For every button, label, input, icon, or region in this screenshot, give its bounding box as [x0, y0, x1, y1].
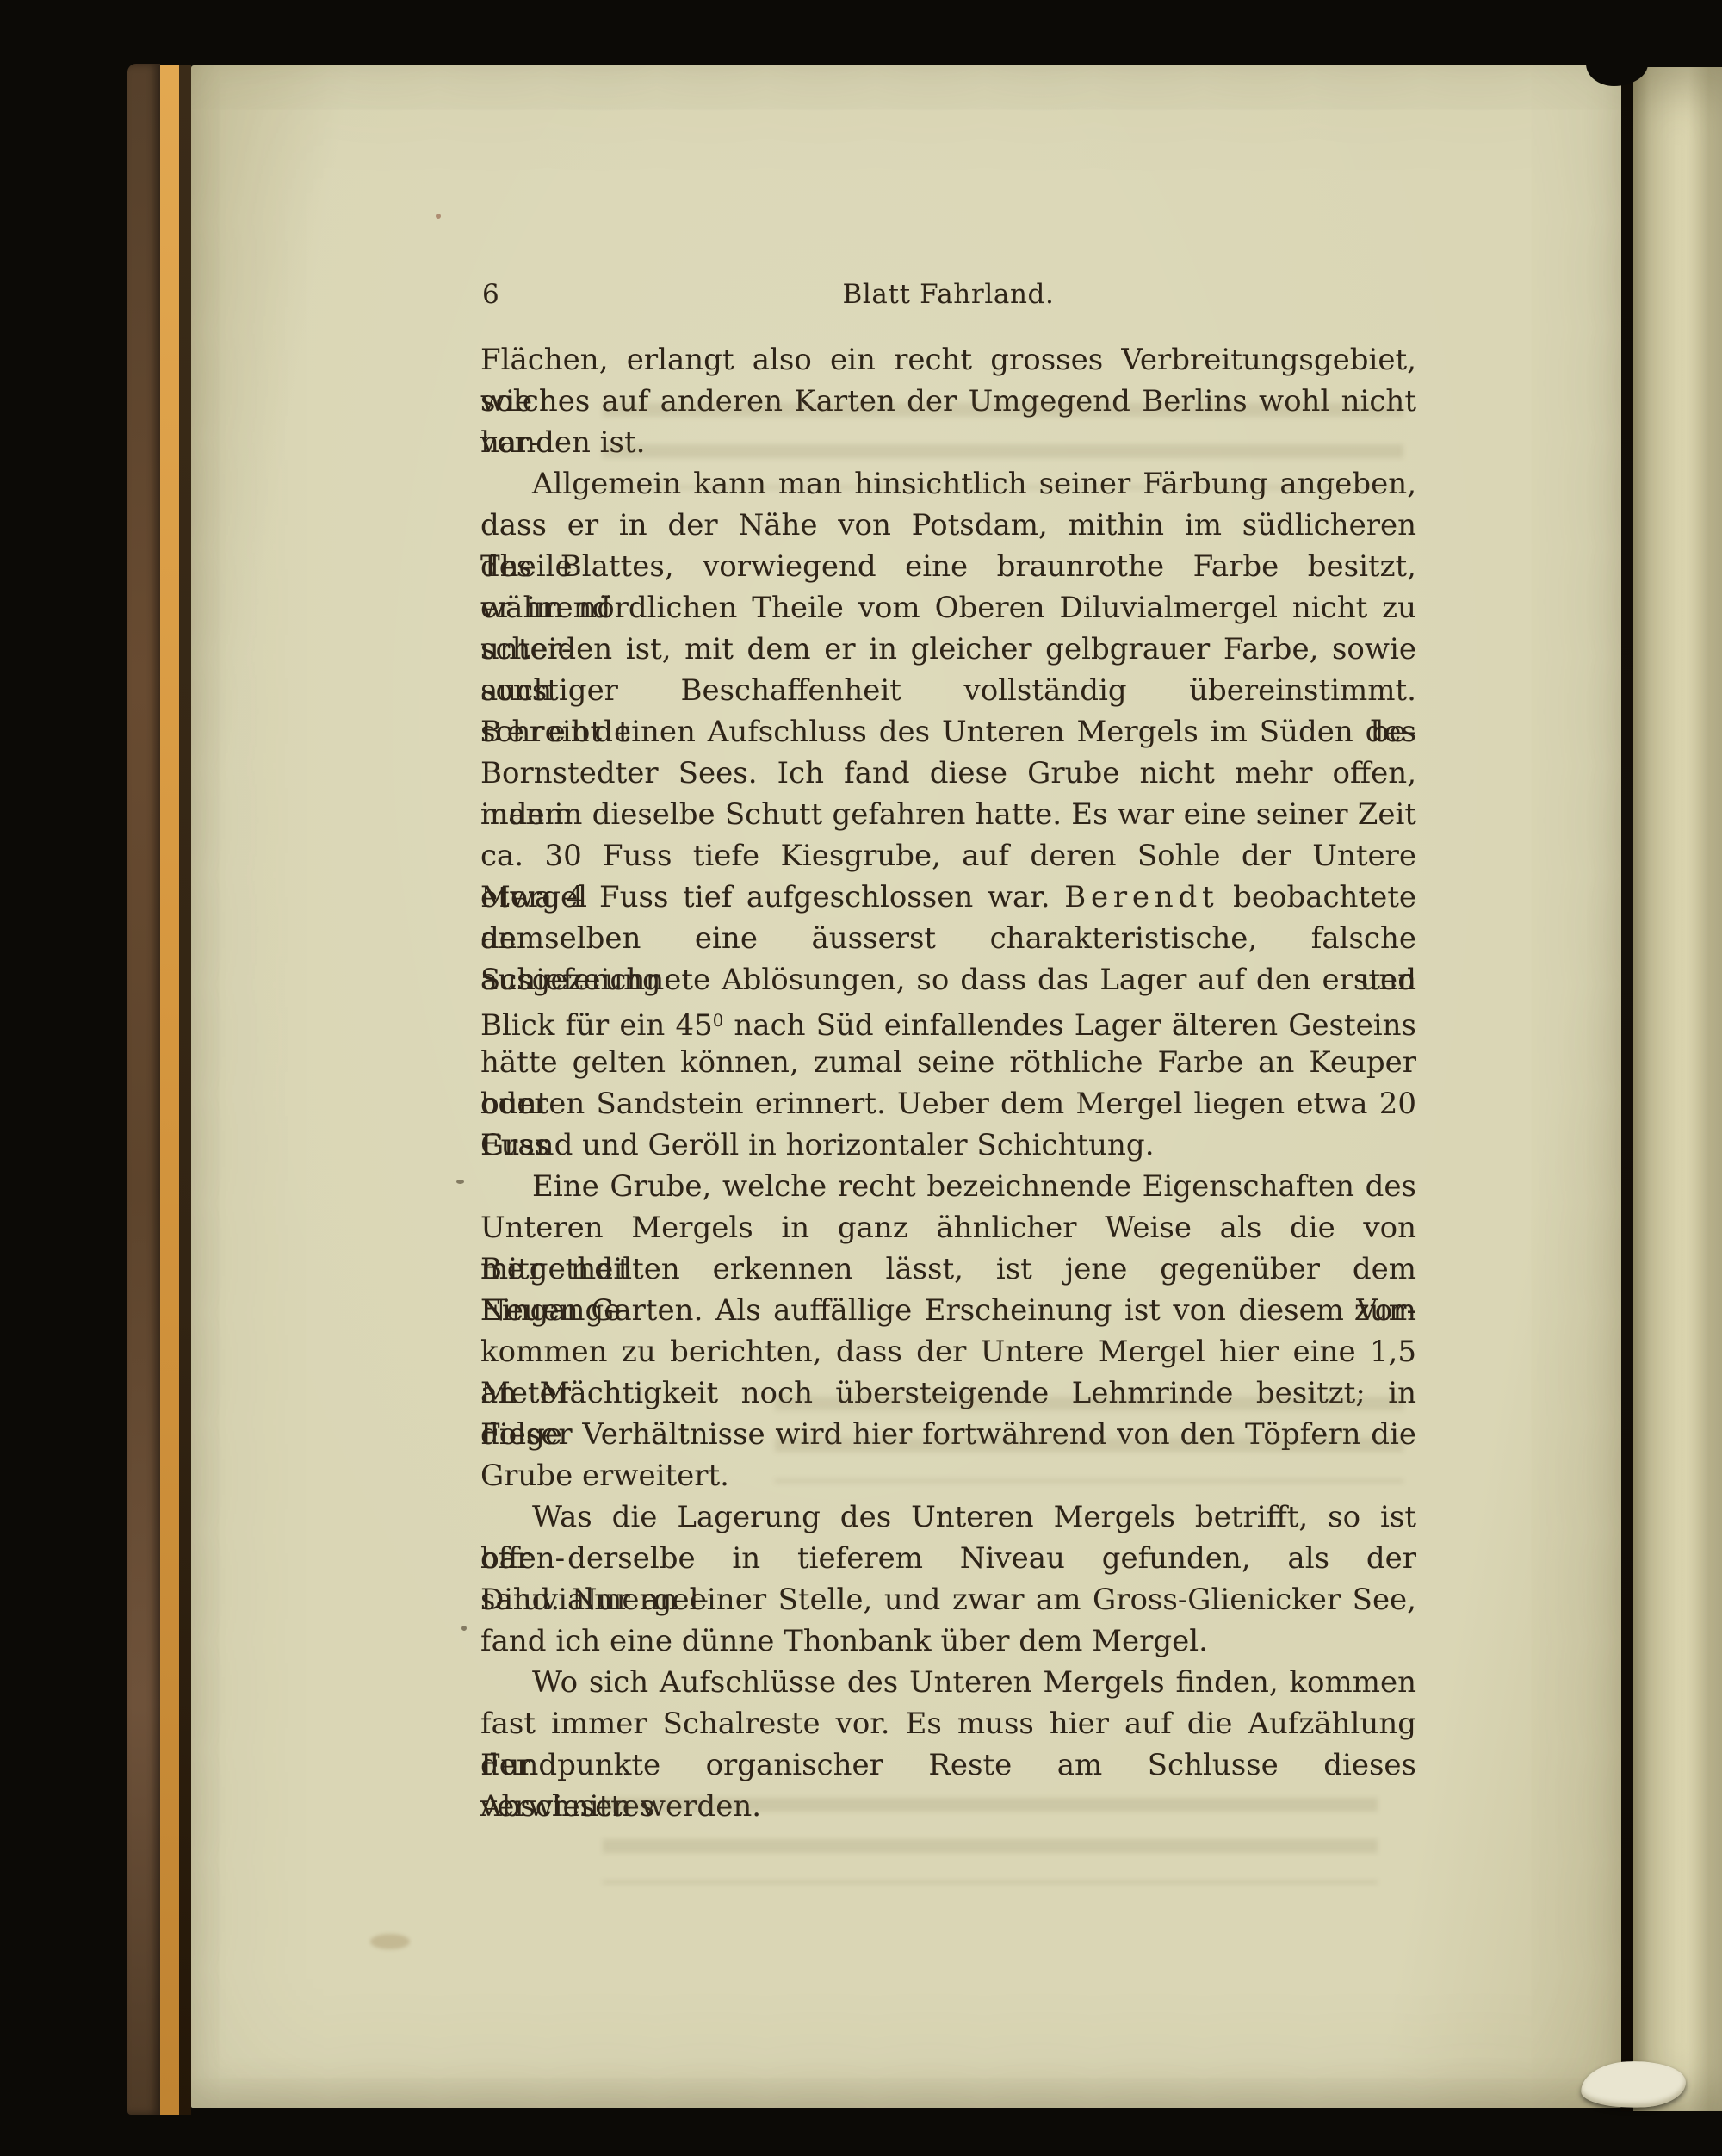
text-line: Bornstedter Sees. Ich fand diese Grube n…: [480, 753, 1416, 794]
text-line: fand ich eine dünne Thonbank über dem Me…: [480, 1620, 1416, 1662]
text-line: sonstiger Beschaffenheit vollständig übe…: [480, 670, 1416, 711]
person-name-spaced: Berendt: [1064, 880, 1218, 914]
text-line: Neuen Garten. Als auffällige Erscheinung…: [480, 1290, 1416, 1331]
page-content: 6 Blatt Fahrland. Flächen, erlangt also …: [480, 277, 1416, 1827]
text-run: Unteren Mergels in ganz ähnlicher Weise …: [480, 1211, 1416, 1245]
text-line: Grand und Geröll in horizontaler Schicht…: [480, 1124, 1416, 1166]
text-run: Blick für ein 45: [480, 1008, 713, 1043]
text-line: bunten Sandstein erinnert. Ueber dem Mer…: [480, 1083, 1416, 1124]
book-spine-gilt-edge: [160, 65, 179, 2115]
text-line: demselben eine äusserst charakteristisch…: [480, 918, 1416, 959]
text-line: fast immer Schalreste vor. Es muss hier …: [480, 1703, 1416, 1744]
text-line: ca. 30 Fuss tiefe Kiesgrube, auf deren S…: [480, 835, 1416, 877]
text-line: etwa 4 Fuss tief aufgeschlossen war. Ber…: [480, 877, 1416, 918]
text-line: Wo sich Aufschlüsse des Unteren Mergels …: [480, 1662, 1416, 1703]
text-line: Blick für ein 450 nach Süd einfallendes …: [480, 1001, 1416, 1042]
text-line: kommen zu berichten, dass der Untere Mer…: [480, 1331, 1416, 1372]
paragraph: Flächen, erlangt also ein recht grosses …: [480, 339, 1416, 463]
running-title: Blatt Fahrland.: [480, 277, 1416, 312]
text-run: Grand und Geröll in horizontaler Schicht…: [480, 1128, 1155, 1162]
paper-stain: [370, 1934, 410, 1949]
text-line: des Blattes, vorwiegend eine braunrothe …: [480, 546, 1416, 587]
text-run: sonstiger Beschaffenheit vollständig übe…: [480, 673, 1416, 708]
text-run: Eine Grube, welche recht bezeichnende Ei…: [532, 1169, 1416, 1204]
text-line: dieser Verhältnisse wird hier fortwähren…: [480, 1414, 1416, 1455]
text-line: handen ist.: [480, 422, 1416, 463]
text-line: schreibt einen Aufschluss des Unteren Me…: [480, 711, 1416, 753]
ink-speck: [436, 214, 441, 219]
text-run: etwa 4 Fuss tief aufgeschlossen war.: [480, 880, 1064, 914]
page-number: 6: [482, 277, 499, 312]
text-run: Wo sich Aufschlüsse des Unteren Mergels …: [532, 1665, 1416, 1700]
paragraph: Eine Grube, welche recht bezeichnende Ei…: [480, 1166, 1416, 1496]
page-gap-shadow: [1621, 64, 1633, 2111]
paragraph: Was die Lagerung des Unteren Mergels bet…: [480, 1496, 1416, 1662]
text-run: nach Süd einfallendes Lager älteren Gest…: [723, 1008, 1416, 1043]
book-cover-edge: [179, 65, 191, 2115]
text-line: bar derselbe in tieferem Niveau gefunden…: [480, 1538, 1416, 1579]
page-text: Flächen, erlangt also ein recht grosses …: [480, 339, 1416, 1827]
text-run: Grube erweitert.: [480, 1459, 729, 1493]
text-run: dieser Verhältnisse wird hier fortwähren…: [480, 1417, 1416, 1452]
text-run: man in dieselbe Schutt gefahren hatte. E…: [480, 797, 1416, 832]
text-run: ausgezeichnete Ablösungen, so dass das L…: [480, 963, 1416, 997]
page-header: 6 Blatt Fahrland.: [480, 277, 1416, 315]
text-line: er im nördlichen Theile vom Oberen Diluv…: [480, 587, 1416, 629]
text-line: Eine Grube, welche recht bezeichnende Ei…: [480, 1166, 1416, 1207]
text-run: handen ist.: [480, 425, 645, 460]
text-line: Grube erweitert.: [480, 1455, 1416, 1496]
text-line: ausgezeichnete Ablösungen, so dass das L…: [480, 959, 1416, 1001]
text-line: solches auf anderen Karten der Umgegend …: [480, 381, 1416, 422]
text-line: Unteren Mergels in ganz ähnlicher Weise …: [480, 1207, 1416, 1248]
text-line: verwiesen werden.: [480, 1786, 1416, 1827]
text-line: sand. Nur an einer Stelle, und zwar am G…: [480, 1579, 1416, 1620]
text-run: Allgemein kann man hinsichtlich seiner F…: [532, 467, 1416, 501]
text-run: sand. Nur an einer Stelle, und zwar am G…: [480, 1583, 1416, 1617]
paragraph: Allgemein kann man hinsichtlich seiner F…: [480, 463, 1416, 1166]
ink-speck: [456, 1180, 464, 1184]
text-line: scheiden ist, mit dem er in gleicher gel…: [480, 629, 1416, 670]
paragraph: Wo sich Aufschlüsse des Unteren Mergels …: [480, 1662, 1416, 1827]
adjacent-page-edge: [1633, 67, 1722, 2111]
text-run: fand ich eine dünne Thonbank über dem Me…: [480, 1624, 1208, 1658]
scanned-book-photo: 6 Blatt Fahrland. Flächen, erlangt also …: [0, 0, 1722, 2156]
text-run: verwiesen werden.: [480, 1789, 761, 1824]
book-page: 6 Blatt Fahrland. Flächen, erlangt also …: [191, 65, 1621, 2108]
text-line: mitgetheilten erkennen lässt, ist jene g…: [480, 1248, 1416, 1290]
text-line: hätte gelten können, zumal seine röthlic…: [480, 1042, 1416, 1083]
book-spine-leather-edge: [127, 64, 160, 2115]
text-line: dass er in der Nähe von Potsdam, mithin …: [480, 505, 1416, 546]
text-line: Fundpunkte organischer Reste am Schlusse…: [480, 1744, 1416, 1786]
text-line: Allgemein kann man hinsichtlich seiner F…: [480, 463, 1416, 505]
text-line: Flächen, erlangt also ein recht grosses …: [480, 339, 1416, 381]
text-line: an Mächtigkeit noch übersteigende Lehmri…: [480, 1372, 1416, 1414]
text-line: Was die Lagerung des Unteren Mergels bet…: [480, 1496, 1416, 1538]
text-run: schreibt einen Aufschluss des Unteren Me…: [480, 715, 1416, 749]
superscript: 0: [713, 1011, 724, 1031]
text-line: man in dieselbe Schutt gefahren hatte. E…: [480, 794, 1416, 835]
text-run: Neuen Garten. Als auffällige Erscheinung…: [480, 1293, 1416, 1328]
